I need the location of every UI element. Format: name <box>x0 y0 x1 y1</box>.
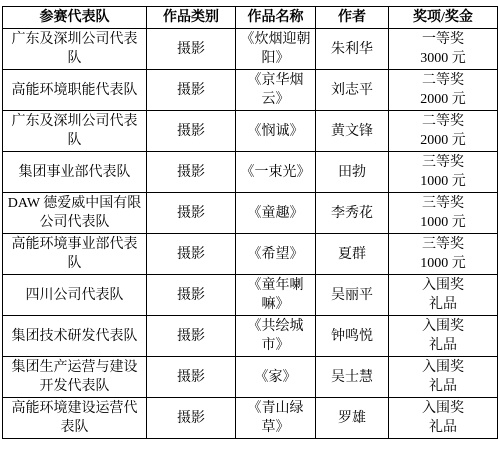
category-cell: 摄影 <box>147 316 236 357</box>
award-name: 入围奖 <box>392 399 494 418</box>
category-cell: 摄影 <box>147 234 236 275</box>
table-row: 广东及深圳公司代表队 摄影 《悯诚》 黄文锋 二等奖 2000 元 <box>3 111 498 152</box>
title-cell: 《希望》 <box>236 234 316 275</box>
team-cell: 高能环境建设运营代表队 <box>3 398 147 439</box>
award-prize: 1000 元 <box>392 172 494 191</box>
team-cell: DAW 德爱威中国有限公司代表队 <box>3 193 147 234</box>
award-name: 入围奖 <box>392 276 494 295</box>
team-cell: 四川公司代表队 <box>3 275 147 316</box>
team-cell: 高能环境职能代表队 <box>3 70 147 111</box>
award-prize: 礼品 <box>392 295 494 314</box>
category-cell: 摄影 <box>147 29 236 70</box>
author-cell: 吴士慧 <box>316 357 389 398</box>
award-cell: 入围奖 礼品 <box>389 316 498 357</box>
author-cell: 钟鸣悦 <box>316 316 389 357</box>
category-cell: 摄影 <box>147 111 236 152</box>
award-name: 一等奖 <box>392 30 494 49</box>
award-prize: 2000 元 <box>392 90 494 109</box>
category-cell: 摄影 <box>147 193 236 234</box>
author-cell: 夏群 <box>316 234 389 275</box>
award-cell: 一等奖 3000 元 <box>389 29 498 70</box>
category-cell: 摄影 <box>147 70 236 111</box>
award-name: 入围奖 <box>392 317 494 336</box>
team-cell: 广东及深圳公司代表队 <box>3 111 147 152</box>
award-prize: 礼品 <box>392 336 494 355</box>
author-cell: 罗雄 <box>316 398 389 439</box>
title-cell: 《京华烟云》 <box>236 70 316 111</box>
award-name: 三等奖 <box>392 235 494 254</box>
table-row: 集团技术研发代表队 摄影 《共绘城市》 钟鸣悦 入围奖 礼品 <box>3 316 498 357</box>
column-header-award: 奖项/奖金 <box>389 7 498 29</box>
table-row: 高能环境职能代表队 摄影 《京华烟云》 刘志平 二等奖 2000 元 <box>3 70 498 111</box>
award-cell: 三等奖 1000 元 <box>389 152 498 193</box>
category-cell: 摄影 <box>147 152 236 193</box>
column-header-title: 作品名称 <box>236 7 316 29</box>
award-prize: 1000 元 <box>392 254 494 273</box>
author-cell: 吴丽平 <box>316 275 389 316</box>
award-cell: 入围奖 礼品 <box>389 398 498 439</box>
award-name: 三等奖 <box>392 194 494 213</box>
page: 参赛代表队 作品类别 作品名称 作者 奖项/奖金 广东及深圳公司代表队 摄影 《… <box>0 0 498 452</box>
author-cell: 李秀花 <box>316 193 389 234</box>
awards-table: 参赛代表队 作品类别 作品名称 作者 奖项/奖金 广东及深圳公司代表队 摄影 《… <box>2 6 498 439</box>
header-row: 参赛代表队 作品类别 作品名称 作者 奖项/奖金 <box>3 7 498 29</box>
table-row: 广东及深圳公司代表队 摄影 《炊烟迎朝阳》 朱利华 一等奖 3000 元 <box>3 29 498 70</box>
title-cell: 《青山绿草》 <box>236 398 316 439</box>
award-name: 入围奖 <box>392 358 494 377</box>
award-prize: 2000 元 <box>392 131 494 150</box>
award-cell: 三等奖 1000 元 <box>389 234 498 275</box>
award-prize: 3000 元 <box>392 49 494 68</box>
team-cell: 集团事业部代表队 <box>3 152 147 193</box>
table-row: 集团事业部代表队 摄影 《一束光》 田勃 三等奖 1000 元 <box>3 152 498 193</box>
table-row: 集团生产运营与建设开发代表队 摄影 《家》 吴士慧 入围奖 礼品 <box>3 357 498 398</box>
award-cell: 二等奖 2000 元 <box>389 111 498 152</box>
award-cell: 入围奖 礼品 <box>389 357 498 398</box>
team-cell: 广东及深圳公司代表队 <box>3 29 147 70</box>
table-row: 四川公司代表队 摄影 《童年喇嘛》 吴丽平 入围奖 礼品 <box>3 275 498 316</box>
table-row: 高能环境建设运营代表队 摄影 《青山绿草》 罗雄 入围奖 礼品 <box>3 398 498 439</box>
title-cell: 《一束光》 <box>236 152 316 193</box>
column-header-author: 作者 <box>316 7 389 29</box>
team-cell: 高能环境事业部代表队 <box>3 234 147 275</box>
title-cell: 《炊烟迎朝阳》 <box>236 29 316 70</box>
award-prize: 礼品 <box>392 377 494 396</box>
award-cell: 二等奖 2000 元 <box>389 70 498 111</box>
author-cell: 黄文锋 <box>316 111 389 152</box>
title-cell: 《童趣》 <box>236 193 316 234</box>
category-cell: 摄影 <box>147 357 236 398</box>
category-cell: 摄影 <box>147 398 236 439</box>
award-cell: 三等奖 1000 元 <box>389 193 498 234</box>
table-row: DAW 德爱威中国有限公司代表队 摄影 《童趣》 李秀花 三等奖 1000 元 <box>3 193 498 234</box>
award-name: 二等奖 <box>392 71 494 90</box>
title-cell: 《悯诚》 <box>236 111 316 152</box>
award-name: 二等奖 <box>392 112 494 131</box>
title-cell: 《共绘城市》 <box>236 316 316 357</box>
title-cell: 《童年喇嘛》 <box>236 275 316 316</box>
team-cell: 集团技术研发代表队 <box>3 316 147 357</box>
category-cell: 摄影 <box>147 275 236 316</box>
column-header-team: 参赛代表队 <box>3 7 147 29</box>
author-cell: 刘志平 <box>316 70 389 111</box>
author-cell: 朱利华 <box>316 29 389 70</box>
table-row: 高能环境事业部代表队 摄影 《希望》 夏群 三等奖 1000 元 <box>3 234 498 275</box>
column-header-category: 作品类别 <box>147 7 236 29</box>
award-prize: 1000 元 <box>392 213 494 232</box>
award-prize: 礼品 <box>392 418 494 437</box>
award-cell: 入围奖 礼品 <box>389 275 498 316</box>
author-cell: 田勃 <box>316 152 389 193</box>
team-cell: 集团生产运营与建设开发代表队 <box>3 357 147 398</box>
title-cell: 《家》 <box>236 357 316 398</box>
award-name: 三等奖 <box>392 153 494 172</box>
